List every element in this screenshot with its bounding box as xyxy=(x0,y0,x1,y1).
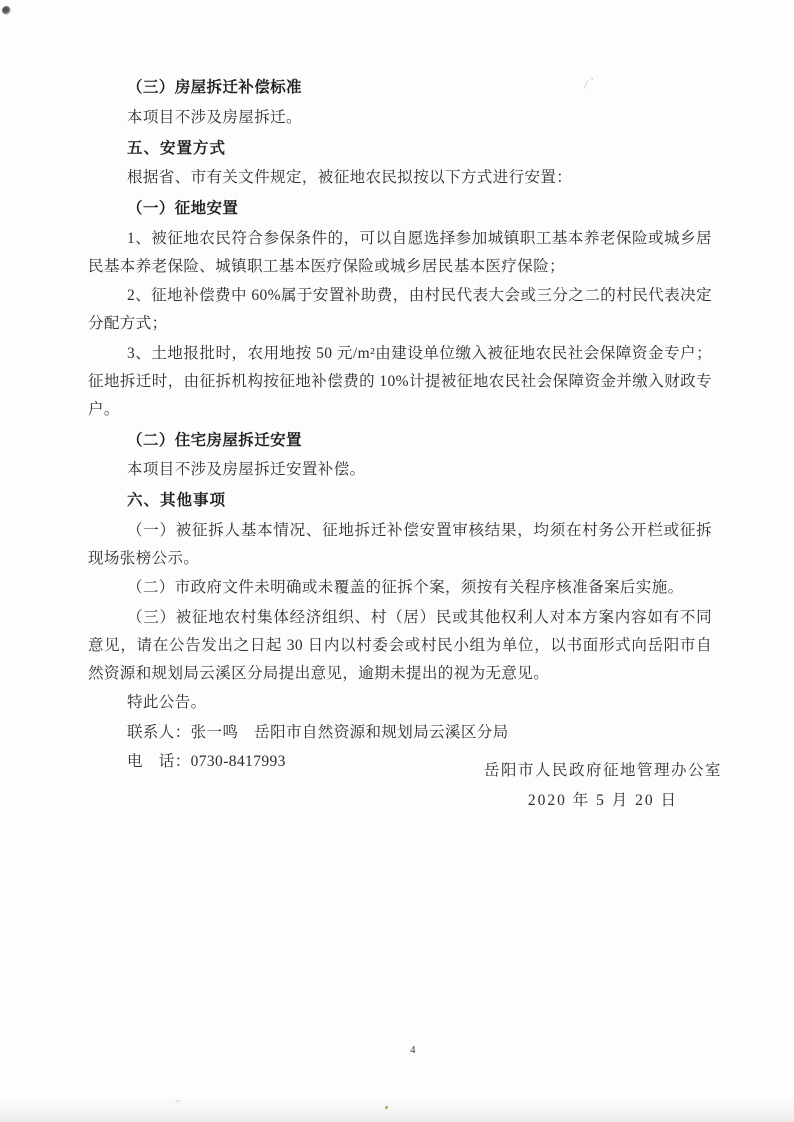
signature-date: 2020 年 5 月 20 日 xyxy=(484,786,722,816)
heading-land-acquisition-resettlement: （一）征地安置 xyxy=(88,195,712,223)
page-number: 4 xyxy=(410,1044,416,1056)
heading-resettlement-method: 五、安置方式 xyxy=(88,135,712,163)
heading-housing-demolition-compensation-standard: （三）房屋拆迁补偿标准 xyxy=(88,74,712,102)
para-hereby-announced: 特此公告。 xyxy=(88,689,712,717)
para-no-housing-demolition: 本项目不涉及房屋拆迁。 xyxy=(88,104,712,132)
para-item-3-social-security-fund: 3、土地报批时，农用地按 50 元/m²由建设单位缴入被征地农民社会保障资金专户… xyxy=(88,340,712,424)
document-body: （三）房屋拆迁补偿标准 本项目不涉及房屋拆迁。 五、安置方式 根据省、市有关文件… xyxy=(88,71,712,776)
heading-residential-housing-resettlement: （二）住宅房屋拆迁安置 xyxy=(88,427,712,455)
para-other-3-objection-procedure: （三）被征地农村集体经济组织、村（居）民或其他权利人对本方案内容如有不同意见，请… xyxy=(88,604,712,688)
para-other-1-public-posting: （一）被征拆人基本情况、征地拆迁补偿安置审核结果，均须在村务公开栏或征拆现场张榜… xyxy=(88,517,712,573)
para-item-1-insurance-options: 1、被征地农民符合参保条件的，可以自愿选择参加城镇职工基本养老保险或城乡居民基本… xyxy=(88,225,712,281)
para-item-2-subsidy-allocation: 2、征地补偿费中 60%属于安置补助费，由村民代表大会或三分之二的村民代表决定分… xyxy=(88,282,712,338)
para-contact-person: 联系人：张一鸣 岳阳市自然资源和规划局云溪区分局 xyxy=(88,719,712,747)
scan-speck-icon xyxy=(2,6,11,15)
heading-other-matters: 六、其他事项 xyxy=(88,487,712,515)
para-no-housing-resettlement-compensation: 本项目不涉及房屋拆迁安置补偿。 xyxy=(88,456,712,484)
signature-office: 岳阳市人民政府征地管理办公室 xyxy=(484,756,722,786)
para-other-2-case-filing: （二）市政府文件未明确或未覆盖的征拆个案，须按有关程序核准备案后实施。 xyxy=(88,574,712,602)
document-page: （三）房屋拆迁补偿标准 本项目不涉及房屋拆迁。 五、安置方式 根据省、市有关文件… xyxy=(0,0,794,1122)
para-resettlement-intro: 根据省、市有关文件规定，被征地农民拟按以下方式进行安置： xyxy=(88,164,712,192)
signature-block: 岳阳市人民政府征地管理办公室 2020 年 5 月 20 日 xyxy=(484,756,722,816)
scan-edge-shadow xyxy=(0,1096,794,1122)
